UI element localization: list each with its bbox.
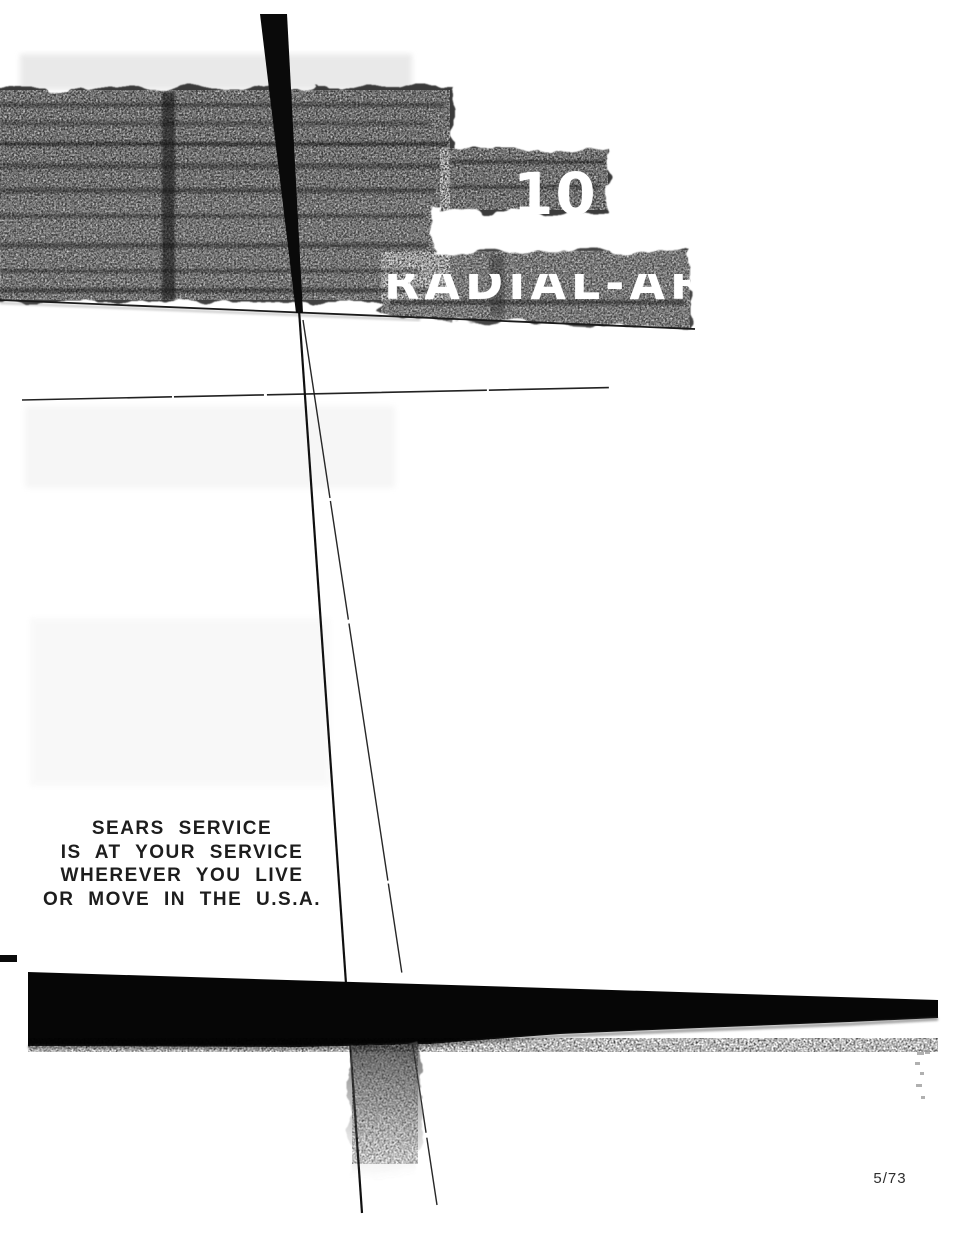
smudge-banner: 10 RADIAL-AR <box>0 88 710 329</box>
notice-line-3: WHEREVER YOU LIVE <box>22 864 342 888</box>
scan-artifacts: 10 RADIAL-AR <box>0 0 954 1235</box>
notice-line-2: IS AT YOUR SERVICE <box>22 841 342 865</box>
smudge-column <box>350 1044 420 1179</box>
right-edge-wisp <box>915 1050 930 1099</box>
notice-line-4: OR MOVE IN THE U.S.A. <box>22 888 342 912</box>
footer-date: 5/73 <box>850 1170 930 1187</box>
banner-number-text: 10 <box>513 160 598 228</box>
service-notice: SEARS SERVICE IS AT YOUR SERVICE WHEREVE… <box>22 817 342 911</box>
notice-line-1: SEARS SERVICE <box>22 817 342 841</box>
scanned-page: 10 RADIAL-AR <box>0 0 954 1235</box>
black-band <box>0 955 938 1052</box>
